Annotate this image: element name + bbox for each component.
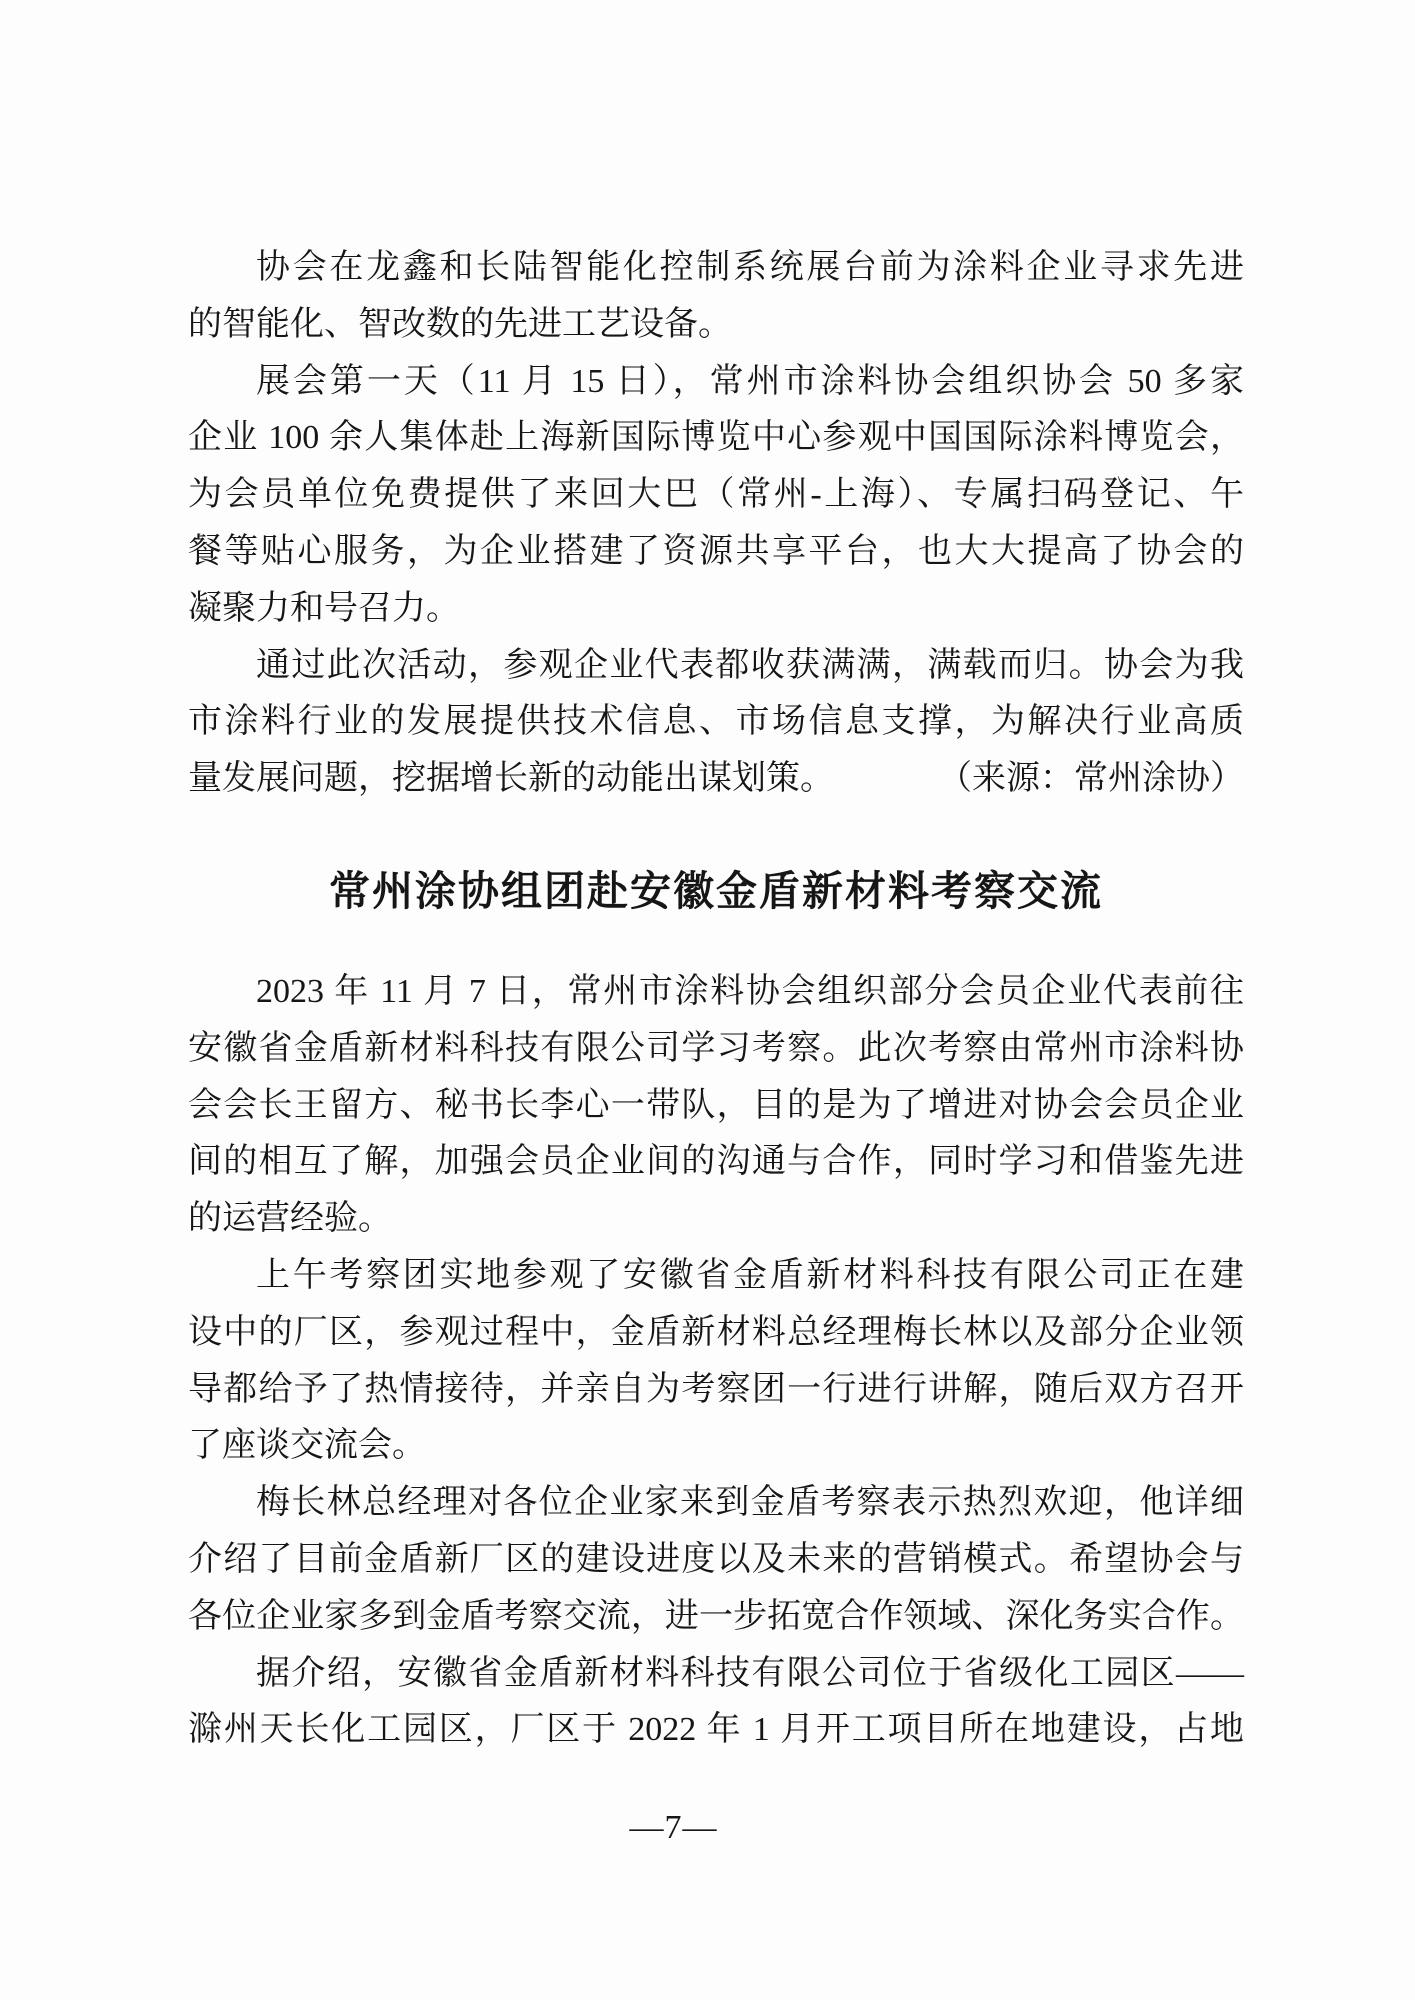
text-run: 会会长王留方、秘书长李心一带队，目的是为了增进对协会会员企业	[188, 1087, 1244, 1124]
text-line: 据介绍，安徽省金盾新材料科技有限公司位于省级化工园区——	[188, 1646, 1244, 1703]
previous-article-body: 协会在龙鑫和长陆智能化控制系统展台前为涂料企业寻求先进的智能化、智改数的先进工艺…	[188, 240, 1244, 808]
text-line: 会会长王留方、秘书长李心一带队，目的是为了增进对协会会员企业	[188, 1078, 1244, 1135]
text-run: 2023 年 11 月 7 日，常州市涂料协会组织部分会员企业代表前往	[256, 973, 1244, 1010]
article-title: 常州涂协组团赴安徽金盾新材料考察交流	[188, 851, 1244, 931]
text-run: 凝聚力和号召力。	[188, 590, 460, 627]
text-line: 2023 年 11 月 7 日，常州市涂料协会组织部分会员企业代表前往	[188, 964, 1244, 1021]
text-line: 设中的厂区，参观过程中，金盾新材料总经理梅长林以及部分企业领	[188, 1305, 1244, 1362]
text-run: 据介绍，安徽省金盾新材料科技有限公司位于省级化工园区——	[256, 1655, 1244, 1692]
text-line: 餐等贴心服务，为企业搭建了资源共享平台，也大大提高了协会的	[188, 524, 1244, 581]
source-attribution: （来源：常州涂协）	[938, 751, 1244, 808]
document-page: 协会在龙鑫和长陆智能化控制系统展台前为涂料企业寻求先进的智能化、智改数的先进工艺…	[0, 0, 1415, 2000]
text-line: 了座谈交流会。	[188, 1418, 1244, 1475]
text-line: 企业 100 余人集体赴上海新国际博览中心参观中国国际涂料博览会，	[188, 410, 1244, 467]
text-line: 通过此次活动，参观企业代表都收获满满，满载而归。协会为我	[188, 638, 1244, 695]
page-number: —7—	[630, 1809, 718, 1846]
text-line: 导都给予了热情接待，并亲自为考察团一行进行讲解，随后双方召开	[188, 1362, 1244, 1419]
text-line: 介绍了目前金盾新厂区的建设进度以及未来的营销模式。希望协会与	[188, 1532, 1244, 1589]
text-line: 凝聚力和号召力。	[188, 581, 1244, 638]
text-run: 量发展问题，挖据增长新的动能出谋划策。	[188, 751, 834, 808]
text-line: 市涂料行业的发展提供技术信息、市场信息支撑，为解决行业高质	[188, 694, 1244, 751]
text-line: 安徽省金盾新材料科技有限公司学习考察。此次考察由常州市涂料协	[188, 1021, 1244, 1078]
text-run: 介绍了目前金盾新厂区的建设进度以及未来的营销模式。希望协会与	[188, 1541, 1244, 1578]
text-run: 的智能化、智改数的先进工艺设备。	[188, 306, 732, 343]
text-run: 企业 100 余人集体赴上海新国际博览中心参观中国国际涂料博览会，	[188, 419, 1244, 456]
text-run: 市涂料行业的发展提供技术信息、市场信息支撑，为解决行业高质	[188, 703, 1244, 740]
text-run: 协会在龙鑫和长陆智能化控制系统展台前为涂料企业寻求先进	[256, 249, 1244, 286]
text-run: 设中的厂区，参观过程中，金盾新材料总经理梅长林以及部分企业领	[188, 1314, 1244, 1351]
text-run: 滁州天长化工园区，厂区于 2022 年 1 月开工项目所在地建设，占地	[188, 1711, 1244, 1748]
text-line: 滁州天长化工园区，厂区于 2022 年 1 月开工项目所在地建设，占地	[188, 1702, 1244, 1759]
text-line: 上午考察团实地参观了安徽省金盾新材料科技有限公司正在建	[188, 1248, 1244, 1305]
text-line: 的运营经验。	[188, 1191, 1244, 1248]
text-run: 了座谈交流会。	[188, 1427, 426, 1464]
text-line: 梅长林总经理对各位企业家来到金盾考察表示热烈欢迎，他详细	[188, 1475, 1244, 1532]
text-run: 的运营经验。	[188, 1200, 392, 1237]
text-line: 展会第一天（11 月 15 日），常州市涂料协会组织协会 50 多家	[188, 354, 1244, 411]
text-line: 为会员单位免费提供了来回大巴（常州-上海）、专属扫码登记、午	[188, 467, 1244, 524]
text-line: 各位企业家多到金盾考察交流，进一步拓宽合作领域、深化务实合作。	[188, 1589, 1244, 1646]
text-run: 安徽省金盾新材料科技有限公司学习考察。此次考察由常州市涂料协	[188, 1030, 1244, 1067]
text-run: 梅长林总经理对各位企业家来到金盾考察表示热烈欢迎，他详细	[256, 1484, 1244, 1521]
text-run: 展会第一天（11 月 15 日），常州市涂料协会组织协会 50 多家	[256, 363, 1244, 400]
text-line: 间的相互了解，加强会员企业间的沟通与合作，同时学习和借鉴先进	[188, 1134, 1244, 1191]
text-run: 间的相互了解，加强会员企业间的沟通与合作，同时学习和借鉴先进	[188, 1143, 1244, 1180]
text-line: 量发展问题，挖据增长新的动能出谋划策。（来源：常州涂协）	[188, 751, 1244, 808]
text-run: 导都给予了热情接待，并亲自为考察团一行进行讲解，随后双方召开	[188, 1371, 1244, 1408]
text-run: 上午考察团实地参观了安徽省金盾新材料科技有限公司正在建	[256, 1257, 1244, 1294]
text-run: 各位企业家多到金盾考察交流，进一步拓宽合作领域、深化务实合作。	[188, 1598, 1244, 1635]
text-line: 协会在龙鑫和长陆智能化控制系统展台前为涂料企业寻求先进	[188, 240, 1244, 297]
text-line: 的智能化、智改数的先进工艺设备。	[188, 297, 1244, 354]
text-run: 为会员单位免费提供了来回大巴（常州-上海）、专属扫码登记、午	[188, 476, 1244, 513]
text-run: 通过此次活动，参观企业代表都收获满满，满载而归。协会为我	[256, 647, 1244, 684]
article-body: 2023 年 11 月 7 日，常州市涂料协会组织部分会员企业代表前往安徽省金盾…	[188, 964, 1244, 1759]
page-footer: —7—	[0, 1806, 1415, 1850]
text-run: 餐等贴心服务，为企业搭建了资源共享平台，也大大提高了协会的	[188, 533, 1244, 570]
